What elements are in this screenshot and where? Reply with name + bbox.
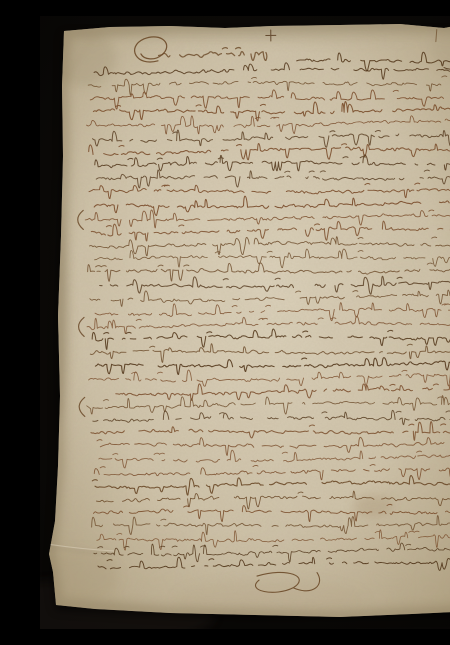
paper-grain-texture	[40, 16, 450, 629]
manuscript-photo: Photograph of a single leaf of an early-…	[40, 16, 450, 629]
